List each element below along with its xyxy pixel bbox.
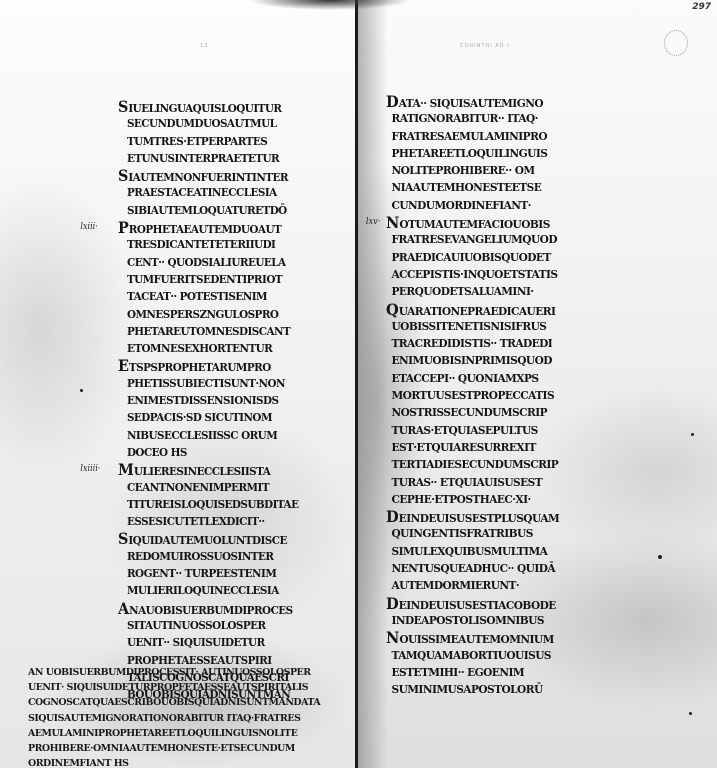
text-line: Anauobisuerbumdiproces xyxy=(118,600,333,617)
initial-letter: P xyxy=(118,218,129,237)
line-text: essesicutetlexdicit·· xyxy=(127,514,265,528)
line-text: ratignorabitur·· Itaq· xyxy=(391,111,537,125)
line-text: ulieresinecclesiista xyxy=(134,464,270,478)
text-line: tamquamabortiuouisus xyxy=(386,647,596,664)
text-line: enimestdissensionisds xyxy=(118,392,333,409)
text-line: sedpacis·sd Sicutinom xyxy=(118,409,333,426)
line-text: titureisloquisedsubditae xyxy=(127,497,298,511)
text-line: redomuirossuosinter xyxy=(118,548,333,565)
text-line: rogent·· turpeestenim xyxy=(118,565,333,582)
text-line: etunusinterpraetetur xyxy=(118,150,333,167)
line-text: doceo hs xyxy=(127,445,187,459)
line-text: taceat·· potestisenim xyxy=(127,289,267,303)
initial-letter: d xyxy=(386,594,399,613)
text-line: titureisloquisedsubditae xyxy=(118,496,333,513)
line-text: tamquamabortiuouisus xyxy=(391,648,551,662)
line-text: tumfueritsedentipriot xyxy=(127,272,282,286)
text-line: data·· Siquisautemigno xyxy=(386,93,596,110)
chapter-number-marginal: lxiiii· xyxy=(80,461,100,478)
line-text: iquidautemuoluntdisce xyxy=(128,533,287,547)
initial-letter: d xyxy=(386,92,399,111)
initial-letter: N xyxy=(386,213,399,232)
line-text: nauobisuerbumdiproces xyxy=(129,603,293,617)
text-line: ceantnonenimpermit xyxy=(118,479,333,496)
left-text-column: Siuelinguaquisloquitursecundumduosautmul… xyxy=(118,98,358,703)
text-line: fratresaemulaminipro xyxy=(386,128,596,145)
initial-letter: q xyxy=(386,300,399,319)
text-line: deindeuisusestplusquam xyxy=(386,508,596,525)
text-line: simulexquibusmultima xyxy=(386,543,596,560)
line-text: iautemnonfuerintinter xyxy=(128,170,288,184)
text-line: secundumduosautmul xyxy=(118,115,333,132)
text-line: lxiiii·Mulieresinecclesiista xyxy=(118,461,333,478)
text-line: tumfueritsedentipriot xyxy=(118,271,333,288)
line-text: uenit·· Siquisuidetur xyxy=(127,635,265,649)
text-line: essesicutetlexdicit·· xyxy=(118,513,333,530)
line-text: simulexquibusmultima xyxy=(391,544,547,558)
text-line: mulieriloquinecclesia xyxy=(118,582,333,599)
text-line: etaccepi·· quoniamxps xyxy=(386,370,596,387)
text-line: cundumordinefiant· xyxy=(386,197,596,214)
line-text: estetmihi·· Egoenim xyxy=(391,665,524,679)
line-text: fratresaemulaminipro xyxy=(391,129,547,143)
text-line: tumtres·etperpartes xyxy=(118,133,333,150)
text-line: Etspsprophetarumpro xyxy=(118,357,333,374)
chapter-number-marginal: lxv· xyxy=(366,214,381,231)
initial-letter: S xyxy=(118,166,128,185)
line-text: etomnesexhortentur xyxy=(127,341,272,355)
line-text: enimestdissensionisds xyxy=(127,393,278,407)
text-line: suminimusapostolorū xyxy=(386,681,596,698)
line-text: phetareetloquilinguis xyxy=(391,146,547,160)
text-line: tertiadiesecundumscrip xyxy=(386,456,596,473)
line-text: redomuirossuosinter xyxy=(127,549,274,563)
text-line: enimuobisinprimisquod xyxy=(386,352,596,369)
text-line: est·etquiaresurrexit xyxy=(386,439,596,456)
line-text: cundumordinefiant· xyxy=(391,198,530,212)
line-text: cent·· quodsialiureuela xyxy=(127,255,286,269)
text-line: phetareetloquilinguis xyxy=(386,145,596,162)
line-text: fratresevangeliumquod xyxy=(391,232,556,246)
text-line: estetmihi·· Egoenim xyxy=(386,664,596,681)
line-text: mulieriloquinecclesia xyxy=(127,583,279,597)
line-text: tresdicanteteteriiudi xyxy=(127,237,275,251)
text-line: fratresevangeliumquod xyxy=(386,231,596,248)
text-line: phetareutomnesdiscant xyxy=(118,323,333,340)
line-text: rophetaeautemduoaut xyxy=(129,222,281,236)
text-line: Siquidautemuoluntdisce xyxy=(118,530,333,547)
text-line: deindeuisusestiacobode xyxy=(386,595,596,612)
text-line: nostrissecundumscrip xyxy=(386,404,596,421)
lower-passage-line: cognoscatquaescribouobisquiadnisuntmanda… xyxy=(28,695,348,710)
line-text: tertiadiesecundumscrip xyxy=(391,457,558,471)
text-line: phetissubiectisunt·non xyxy=(118,375,333,392)
line-text: phetissubiectisunt·non xyxy=(127,376,285,390)
initial-letter: M xyxy=(118,460,134,479)
text-line: ratignorabitur·· Itaq· xyxy=(386,110,596,127)
line-text: est·etquiaresurrexit xyxy=(391,440,535,454)
text-line: Nouissimeautemomnium xyxy=(386,629,596,646)
initial-letter: d xyxy=(386,507,399,526)
line-text: nibusecclesiissc orum xyxy=(127,428,277,442)
text-line: accepistis·inquoetstatis xyxy=(386,266,596,283)
text-line: Siautemnonfuerintinter xyxy=(118,167,333,184)
text-line: autemdormierunt· xyxy=(386,577,596,594)
line-text: ouissimeautemomnium xyxy=(399,632,553,646)
text-line: indeapostolisomnibus xyxy=(386,612,596,629)
text-line: lxiii·Prophetaeautemduoaut xyxy=(118,219,333,236)
line-text: otumautemfaciouobis xyxy=(399,217,549,231)
initial-letter: S xyxy=(118,97,128,116)
line-text: rogent·· turpeestenim xyxy=(127,566,276,580)
line-text: tspsprophetarumpro xyxy=(129,360,271,374)
line-text: autemdormierunt· xyxy=(391,578,519,592)
text-line: niaautemhonesteetse xyxy=(386,179,596,196)
chapter-number-marginal: lxiii· xyxy=(80,219,97,236)
text-line: quarationepraedicaueri xyxy=(386,301,596,318)
text-line: omnesperszngulospro xyxy=(118,306,333,323)
line-text: uarationepraedicaueri xyxy=(399,304,556,318)
line-text: suminimusapostolorū xyxy=(391,682,542,696)
text-line: tracredidistis·· Tradedi xyxy=(386,335,596,352)
text-line: tresdicanteteteriiudi xyxy=(118,236,333,253)
text-line: cent·· quodsialiureuela xyxy=(118,254,333,271)
text-line: praestaceatinecclesia xyxy=(118,184,333,201)
line-text: praestaceatinecclesia xyxy=(127,185,277,199)
ink-speck xyxy=(689,712,692,715)
ink-speck xyxy=(658,555,662,559)
lower-passage-line: ordinemfiant hs xyxy=(28,756,348,768)
text-line: turas·etquiasepultus xyxy=(386,422,596,439)
text-line: perquodetsaluamini· xyxy=(386,283,596,300)
ink-speck xyxy=(80,389,83,392)
line-text: eindeuisusestplusquam xyxy=(399,511,559,525)
text-line: quingentisfratribus xyxy=(386,525,596,542)
lower-passage-line: prohibere·omniaautemhoneste·etsecundum xyxy=(28,741,348,756)
line-text: enimuobisinprimisquod xyxy=(391,353,551,367)
library-stamp-icon xyxy=(664,30,688,56)
lower-passage-line: aemulaminiprophetareetloquilinguisnolite xyxy=(28,726,348,741)
line-text: ceantnonenimpermit xyxy=(127,480,269,494)
line-text: turas·· Etquiauisusest xyxy=(391,475,542,489)
initial-letter: N xyxy=(386,628,399,647)
running-head-right: CONINTHI AD I xyxy=(460,43,510,49)
text-line: etomnesexhortentur xyxy=(118,340,333,357)
text-line: mortuusestpropeccatis xyxy=(386,387,596,404)
line-text: nentusqueadhuc·· quidā xyxy=(391,561,555,575)
folio-number: 297 xyxy=(692,2,711,12)
text-line: sitautinuossolosper xyxy=(118,617,333,634)
text-line: noliteprohibere·· Om xyxy=(386,162,596,179)
initial-letter: A xyxy=(118,599,129,618)
text-line: cephe·etposthaec·xi· xyxy=(386,491,596,508)
line-text: tumtres·etperpartes xyxy=(127,134,267,148)
running-head-left: 13 xyxy=(200,43,208,49)
text-line: nentusqueadhuc·· quidā xyxy=(386,560,596,577)
ink-speck xyxy=(691,433,694,436)
lower-passage-line: Siquisautemignorationorabitur Itaq·fratr… xyxy=(28,711,348,726)
binding-shadow xyxy=(250,0,410,10)
line-text: secundumduosautmul xyxy=(127,116,276,130)
line-text: niaautemhonesteetse xyxy=(391,180,541,194)
lower-passage: An uobisuerbumdiprocessit· autinuossolos… xyxy=(28,665,354,768)
text-line: nibusecclesiissc orum xyxy=(118,427,333,444)
text-line: doceo hs xyxy=(118,444,333,461)
line-text: ata·· Siquisautemigno xyxy=(399,96,543,110)
line-text: iuelinguaquisloquitur xyxy=(128,101,281,115)
line-text: indeapostolisomnibus xyxy=(391,613,543,627)
right-text-column: data·· Siquisautemignoratignorabitur·· I… xyxy=(386,93,616,698)
text-line: uobissitenetisnisifrus xyxy=(386,318,596,335)
line-text: eindeuisusestiacobode xyxy=(399,598,556,612)
line-text: sedpacis·sd Sicutinom xyxy=(127,410,272,424)
line-text: nostrissecundumscrip xyxy=(391,405,547,419)
line-text: quingentisfratribus xyxy=(391,526,532,540)
lower-passage-line: uenit· Siquisuideturpropfetaesseautspiri… xyxy=(28,680,348,695)
line-text: noliteprohibere·· Om xyxy=(391,163,534,177)
initial-letter: E xyxy=(118,356,129,375)
initial-letter: S xyxy=(118,529,128,548)
line-text: omnesperszngulospro xyxy=(127,307,278,321)
text-line: uenit·· Siquisuidetur xyxy=(118,634,333,651)
manuscript-spread: 297 13 CONINTHI AD I Siuelinguaquisloqui… xyxy=(0,0,717,768)
line-text: perquodetsaluamini· xyxy=(391,284,533,298)
gutter-shadow xyxy=(358,0,388,768)
text-line: praedicauiuobisquodet xyxy=(386,249,596,266)
line-text: sitautinuossolosper xyxy=(127,618,266,632)
line-text: praedicauiuobisquodet xyxy=(391,250,550,264)
line-text: cephe·etposthaec·xi· xyxy=(391,492,530,506)
line-text: etunusinterpraetetur xyxy=(127,151,279,165)
text-line: turas·· Etquiauisusest xyxy=(386,474,596,491)
line-text: phetareutomnesdiscant xyxy=(127,324,290,338)
lower-passage-line: An uobisuerbumdiprocessit· autinuossolos… xyxy=(28,665,348,680)
line-text: accepistis·inquoetstatis xyxy=(391,267,557,281)
line-text: mortuusestpropeccatis xyxy=(391,388,554,402)
line-text: sibiautemloquaturetdō xyxy=(127,203,287,217)
line-text: turas·etquiasepultus xyxy=(391,423,537,437)
text-line: taceat·· potestisenim xyxy=(118,288,333,305)
line-text: etaccepi·· quoniamxps xyxy=(391,371,538,385)
line-text: uobissitenetisnisifrus xyxy=(391,319,546,333)
line-text: tracredidistis·· Tradedi xyxy=(391,336,552,350)
text-line: sibiautemloquaturetdō xyxy=(118,202,333,219)
text-line: lxv·Notumautemfaciouobis xyxy=(386,214,596,231)
text-line: Siuelinguaquisloquitur xyxy=(118,98,333,115)
